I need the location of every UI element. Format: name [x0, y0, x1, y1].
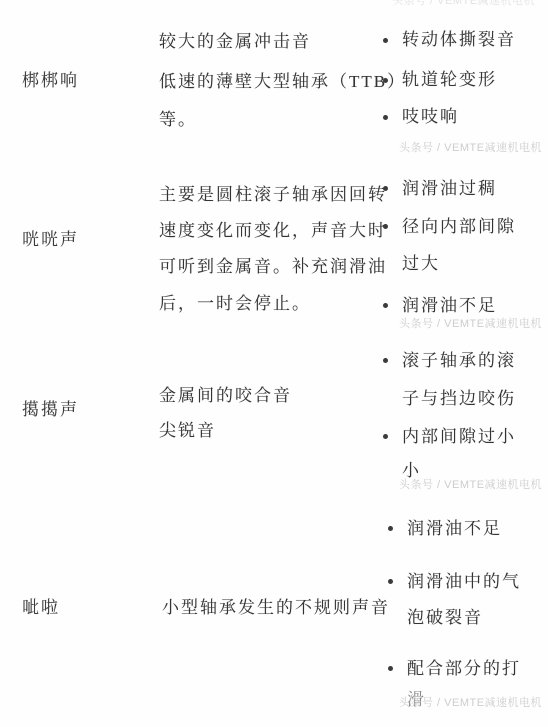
watermark: 头条号 / VEMTE减速机电机 — [399, 476, 542, 492]
row3-cause-line: 滚子轴承的滚 — [402, 351, 516, 371]
watermark: 头条号 / VEMTE减速机电机 — [399, 315, 542, 331]
row3-desc-line: 金属间的咬合音 — [159, 386, 292, 406]
row2-desc-line: 主要是圆柱滚子轴承因回转 — [159, 185, 387, 205]
row1-desc-line: 低速的薄壁大型轴承（TTB） — [159, 72, 406, 92]
row4-cause-line: 配合部分的打 — [407, 659, 521, 679]
row2-sound-label: 咣咣声 — [22, 230, 79, 250]
row3-desc-line: 尖锐音 — [159, 421, 216, 441]
bullet-dot — [388, 579, 393, 584]
row1-desc-line: 等。 — [159, 110, 197, 130]
row4-sound-label: 呲啦 — [22, 598, 60, 618]
bullet-dot — [388, 526, 393, 531]
bullet-dot — [383, 186, 388, 191]
bullet-dot — [383, 358, 388, 363]
row1-cause-line: 轨道轮变形 — [402, 70, 497, 90]
row2-desc-line: 后，一时会停止。 — [159, 294, 311, 314]
bearing-noise-table: 头条号 / VEMTE减速机电机 梆梆响 较大的金属冲击音 低速的薄壁大型轴承（… — [0, 0, 548, 727]
bullet-dot — [383, 224, 388, 229]
top-cutoff-watermark: 头条号 / VEMTE减速机电机 — [392, 0, 542, 6]
row3-cause-line: 子与挡边咬伤 — [402, 389, 516, 409]
watermark: 头条号 / VEMTE减速机电机 — [399, 694, 542, 710]
row3-cause-line: 内部间隙过小 — [402, 427, 516, 447]
watermark-text: 头条号 / VEMTE减速机电机 — [392, 0, 542, 6]
row4-cause-line: 润滑油不足 — [407, 519, 502, 539]
row4-cause-line: 润滑油中的气 — [407, 572, 521, 592]
row1-cause-line: 转动体撕裂音 — [402, 30, 516, 50]
watermark: 头条号 / VEMTE减速机电机 — [399, 139, 542, 155]
row2-desc-line: 可听到金属音。补充润滑油 — [159, 257, 387, 277]
row2-desc-line: 速度变化而变化，声音大时 — [159, 221, 387, 241]
row1-cause-line: 吱吱响 — [402, 107, 459, 127]
bullet-dot — [383, 115, 388, 120]
row1-desc-line: 较大的金属冲击音 — [159, 32, 311, 52]
row2-cause-line: 润滑油不足 — [402, 296, 497, 316]
bullet-dot — [383, 303, 388, 308]
bullet-dot — [383, 38, 388, 43]
row4-cause-line: 泡破裂音 — [407, 608, 483, 628]
row4-desc-line: 小型轴承发生的不规则声音 — [162, 598, 390, 618]
row3-sound-label: 擖擖声 — [22, 400, 79, 420]
bullet-dot — [383, 78, 388, 83]
bullet-dot — [383, 434, 388, 439]
row2-cause-line: 润滑油过稠 — [402, 179, 497, 199]
row1-sound-label: 梆梆响 — [22, 71, 79, 91]
row2-cause-line: 径向内部间隙 — [402, 217, 516, 237]
bullet-dot — [388, 666, 393, 671]
row2-cause-line: 过大 — [402, 254, 440, 274]
